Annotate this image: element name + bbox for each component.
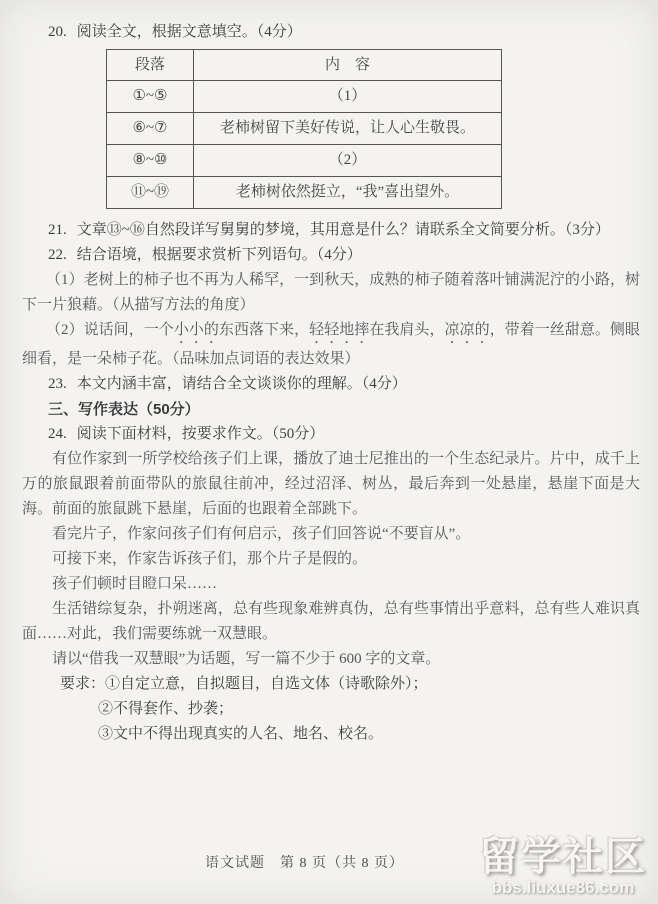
table-row: ①~⑤ （1）: [107, 81, 502, 113]
content-cell: 老柿树依然挺立，“我”喜出望外。: [194, 177, 502, 209]
question-24-number: 24.: [48, 426, 67, 442]
question-20-number: 20.: [48, 24, 67, 40]
emphasized-word: 小小的: [174, 322, 219, 338]
question-20-text: 阅读全文，根据文意填空。（4分）: [77, 24, 302, 40]
question-21-number: 21.: [48, 222, 67, 238]
question-24: 24.阅读下面材料，按要求作文。（50分）: [48, 422, 640, 447]
requirement-3: ③文中不得出现真实的人名、地名、校名。: [98, 722, 640, 747]
question-21-text: 文章⑬~⑯自然段详写舅舅的梦境，其用意是什么？请联系全文简要分析。（3分）: [77, 222, 610, 238]
requirement-1: 要求：①自定立意，自拟题目，自选文体（诗歌除外）；: [60, 672, 640, 697]
emphasized-word: 轻轻地摔: [309, 322, 369, 338]
material-paragraph-1: 有位作家到一所学校给孩子们上课，播放了迪士尼推出的一个生态纪录片。片中，成千上万…: [22, 447, 640, 522]
content-cell-blank-1: （1）: [194, 81, 502, 113]
watermark-logo-text: 留学社区: [474, 837, 652, 877]
section-3-heading: 三、写作表达（50分）: [48, 397, 640, 422]
topic-prompt: 请以“借我一双慧眼”为话题，写一篇不少于 600 字的文章。: [22, 647, 640, 672]
emphasized-word: 凉凉的: [445, 322, 490, 338]
sentence-segment: 在我肩头，: [369, 322, 444, 338]
question-20: 20.阅读全文，根据文意填空。（4分）: [48, 20, 640, 45]
question-23: 23.本文内涵丰富，请结合全文谈谈你的理解。（4分）: [48, 372, 640, 397]
question-21: 21.文章⑬~⑯自然段详写舅舅的梦境，其用意是什么？请联系全文简要分析。（3分）: [48, 218, 640, 243]
question-22-text: 结合语境，根据要求赏析下列语句。（4分）: [77, 247, 362, 263]
content-cell-blank-2: （2）: [194, 145, 502, 177]
exam-paper-page: 20.阅读全文，根据文意填空。（4分） 段落 内 容 ①~⑤ （1） ⑥~⑦ 老…: [0, 0, 658, 904]
material-paragraph-4: 孩子们顿时目瞪口呆……: [22, 572, 640, 597]
table-row: ⑥~⑦ 老柿树留下美好传说，让人心生敬畏。: [107, 113, 502, 145]
question-22-item-1: （1）老树上的柿子也不再为人稀罕，一到秋天，成熟的柿子随着落叶铺满泥泞的小路，树…: [22, 268, 640, 318]
fill-in-table: 段落 内 容 ①~⑤ （1） ⑥~⑦ 老柿树留下美好传说，让人心生敬畏。 ⑧~⑩…: [106, 49, 502, 209]
paragraph-range: ①~⑤: [107, 81, 194, 113]
question-23-number: 23.: [48, 376, 67, 392]
requirement-2: ②不得套作、抄袭；: [98, 697, 640, 722]
material-paragraph-5: 生活错综复杂，扑朔迷离，总有些现象难辨真伪，总有些事情出乎意料，总有些人难识真面…: [22, 597, 640, 647]
question-23-text: 本文内涵丰富，请结合全文谈谈你的理解。（4分）: [77, 376, 407, 392]
exam-content: 20.阅读全文，根据文意填空。（4分） 段落 内 容 ①~⑤ （1） ⑥~⑦ 老…: [0, 0, 658, 747]
table-header-row: 段落 内 容: [107, 50, 502, 81]
table-row: ⑪~⑲ 老柿树依然挺立，“我”喜出望外。: [107, 177, 502, 209]
watermark: 留学社区 bbs.liuxue86.com: [474, 837, 652, 896]
table-row: ⑧~⑩ （2）: [107, 145, 502, 177]
paragraph-range: ⑧~⑩: [107, 145, 194, 177]
page-footer: 语文试题 第 8 页（共 8 页）: [205, 852, 404, 872]
paragraph-range: ⑪~⑲: [107, 177, 194, 209]
content-cell: 老柿树留下美好传说，让人心生敬畏。: [194, 113, 502, 145]
material-paragraph-2: 看完片子，作家问孩子们有何启示，孩子们回答说“不要盲从”。: [22, 522, 640, 547]
paragraph-range: ⑥~⑦: [107, 113, 194, 145]
question-24-text: 阅读下面材料，按要求作文。（50分）: [77, 426, 325, 442]
question-22-number: 22.: [48, 247, 67, 263]
question-22: 22.结合语境，根据要求赏析下列语句。（4分）: [48, 243, 640, 268]
question-22-item-2: （2）说话间，一个小小的东西落下来，轻轻地摔在我肩头，凉凉的，带着一丝甜意。侧眼…: [22, 318, 640, 372]
sentence-segment: （2）说话间，一个: [46, 322, 174, 338]
table-header-content: 内 容: [194, 50, 502, 81]
watermark-url-text: bbs.liuxue86.com: [474, 879, 652, 896]
sentence-segment: 东西落下来，: [219, 322, 309, 338]
table-header-paragraph: 段落: [107, 50, 194, 81]
material-paragraph-3: 可接下来，作家告诉孩子们，那个片子是假的。: [22, 547, 640, 572]
